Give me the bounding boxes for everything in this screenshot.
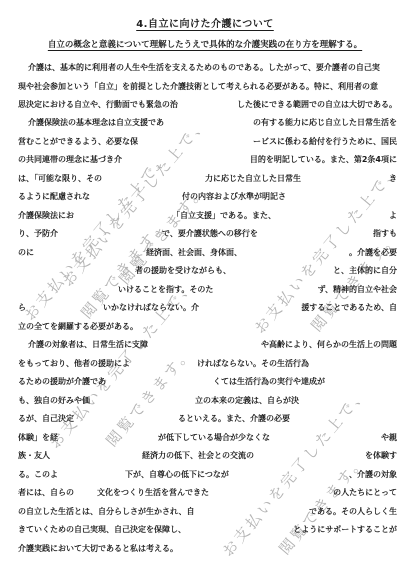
- text-line: 者には、自らの文化をつくり生活を営んできたの人たちにとって: [0, 487, 397, 499]
- text-fragment: きていくための自己実現、自己決定を保障し、: [18, 524, 186, 535]
- document-text-layer: 4.自立に向けた介護について 自立の概念と意義について理解したうえで具体的な介護…: [0, 0, 410, 580]
- text-line: 介護は、基本的に利用者の人生や生活を支えるためのものである。したがって、要介護者…: [0, 62, 397, 74]
- text-fragment: くては生活行為の実行や達成が: [213, 376, 325, 387]
- text-fragment: 下が、自尊心の低下につなが: [125, 469, 229, 480]
- text-fragment: 介護の対象者は、日常生活に支障: [28, 339, 148, 350]
- text-fragment: 現や社会参加という「自立」を前提とした介護技術として考えられる必要がある。特に、…: [18, 81, 378, 92]
- text-fragment: 族・友人: [18, 450, 50, 461]
- text-fragment: 介護実践において大切であると私は考える。: [18, 543, 178, 554]
- text-fragment: 者の援助を受けながらも、: [135, 265, 231, 276]
- text-line: 立の全てを網羅する必要がある。: [0, 321, 397, 333]
- text-fragment-right: 指すも: [373, 228, 397, 239]
- text-fragment: をもっており、他者の援助によ: [18, 358, 130, 369]
- text-fragment: の共同連帯の理念に基づき介: [18, 154, 122, 165]
- text-fragment: る。このよ: [18, 469, 58, 480]
- text-fragment: 介護は、基本的に利用者の人生や生活を支えるためのものである。したがって、要介護者…: [28, 62, 380, 73]
- text-fragment-right: の有する能力に応じ自立した日常生活を: [253, 117, 397, 128]
- text-fragment-right: とようにサポートすることが: [293, 524, 397, 535]
- text-fragment-right: した後にできる範囲での自立は大切である。: [237, 99, 397, 110]
- text-fragment: いかなければならない。介: [103, 302, 199, 313]
- text-fragment: るように配慮されな: [18, 191, 90, 202]
- text-line: の自立した生活とは、自分らしさが生かされ、自である。その人らしく生: [0, 506, 397, 518]
- text-fragment-right: き: [389, 173, 397, 184]
- text-fragment: 力に応じた自立した日常生: [205, 173, 301, 184]
- text-line: 介護実践において大切であると私は考える。: [0, 543, 397, 555]
- text-fragment-right: を体験す: [365, 450, 397, 461]
- text-line: 現や社会参加という「自立」を前提とした介護技術として考えられる必要がある。特に、…: [0, 81, 397, 93]
- text-fragment-right: ず、精神的自立や社会: [318, 284, 397, 295]
- text-fragment-right: 、介護の対象: [349, 469, 397, 480]
- text-line: も、独自の好みや価立の本来の定義は、自らが決: [0, 395, 397, 407]
- text-line: 介護の対象者は、日常生活に支障や高齢により、何らかの生活上の問題: [0, 339, 397, 351]
- text-fragment: 思決定における自立や、行動面でも緊急の治: [18, 99, 178, 110]
- text-line: り、予防介で、要介護状態への移行を指すも: [0, 228, 397, 240]
- text-fragment: 立の全てを網羅する必要がある。: [18, 321, 138, 332]
- text-fragment: 者には、自らの: [18, 487, 74, 498]
- text-line: 介護保険法の基本理念は自立支援であの有する能力に応じ自立した日常生活を: [0, 117, 397, 129]
- text-line: をもっており、他者の援助によければならない。その生活行為: [0, 358, 397, 370]
- text-line: きていくための自己実現、自己決定を保障し、とようにサポートすることが: [0, 524, 397, 536]
- text-fragment: は、「可能な限り、その: [18, 173, 102, 184]
- text-line: の共同連帯の理念に基づき介目的を明記している。また、第2条4項に: [0, 154, 397, 166]
- text-line: 体験」を経が低下している場合が少なくなや親: [0, 432, 397, 444]
- page-title: 4.自立に向けた介護について: [0, 15, 410, 30]
- text-fragment: 体験」を経: [18, 432, 58, 443]
- text-fragment: 経済面、社会面、身体面、: [146, 247, 242, 258]
- text-fragment-right: よ: [389, 210, 397, 221]
- page-subtitle: 自立の概念と意義について理解したうえで具体的な介護実践の在り方を理解する。: [0, 38, 410, 50]
- text-fragment: 介護保険法の基本理念は自立支援であ: [28, 117, 164, 128]
- text-fragment: るといえる。また、介護の必要: [178, 413, 290, 424]
- text-line: のに経済面、社会面、身体面、。介護を必要: [0, 247, 397, 259]
- text-line: いけることを指す。そのたず、精神的自立や社会: [0, 284, 397, 296]
- text-fragment: り、予防介: [18, 228, 58, 239]
- text-line: 思決定における自立や、行動面でも緊急の治した後にできる範囲での自立は大切である。: [0, 99, 397, 111]
- text-fragment: のに: [18, 247, 34, 258]
- text-fragment: 「自立支援」である。また、: [172, 210, 276, 221]
- text-fragment: も、独自の好みや価: [18, 395, 90, 406]
- text-line: るが、自己決定るといえる。また、介護の必要: [0, 413, 397, 425]
- document-page: お支払いを完了した上で、閲覧できます。お支払いを完了した上で、閲覧できます。お支…: [0, 0, 410, 580]
- text-fragment-right: や高齢により、何らかの生活上の問題: [261, 339, 397, 350]
- text-fragment: ら: [18, 302, 26, 313]
- text-fragment-right: 。介護を必要: [349, 247, 397, 258]
- text-fragment: の自立した生活とは、自分らしさが生かされ、自: [18, 506, 194, 517]
- text-line: 族・友人経済力の低下、社会との交流のを体験す: [0, 450, 397, 462]
- text-line: は、「可能な限り、その力に応じた自立した日常生き: [0, 173, 397, 185]
- text-fragment-right: や親: [381, 432, 397, 443]
- text-fragment: るための援助が介護であ: [18, 376, 106, 387]
- text-fragment: 介護保険法にお: [18, 210, 74, 221]
- text-fragment-right: ービスに係わる給付を行うために、国民: [253, 136, 397, 147]
- text-line: 営むことができるよう、必要な保ービスに係わる給付を行うために、国民: [0, 136, 397, 148]
- text-fragment-right: 目的を明記している。また、第2条4項に: [250, 154, 397, 165]
- text-fragment: で、要介護状態への移行を: [162, 228, 258, 239]
- text-fragment-right: の人たちにとって: [333, 487, 397, 498]
- text-line: るための援助が介護であくては生活行為の実行や達成が: [0, 376, 397, 388]
- text-line: るように配慮されな付の内容および水準が明記さ: [0, 191, 397, 203]
- text-fragment: いけることを指す。そのた: [118, 284, 213, 295]
- text-fragment: が低下している場合が少なくな: [158, 432, 270, 443]
- text-line: 者の援助を受けながらも、と、主体的に自分: [0, 265, 397, 277]
- text-fragment: るが、自己決定: [18, 413, 74, 424]
- text-fragment: ければならない。その生活行為: [197, 358, 309, 369]
- text-fragment: 経済力の低下、社会との交流の: [142, 450, 254, 461]
- text-fragment-right: 援することであるため、自: [301, 302, 397, 313]
- text-line: る。このよ下が、自尊心の低下につなが、介護の対象: [0, 469, 397, 481]
- text-fragment-right: と、主体的に自分: [333, 265, 397, 276]
- text-line: らいかなければならない。介援することであるため、自: [0, 302, 397, 314]
- text-fragment: 立の本来の定義は、自らが決: [195, 395, 299, 406]
- text-line: 介護保険法にお「自立支援」である。また、よ: [0, 210, 397, 222]
- text-fragment-right: である。その人らしく生: [309, 506, 397, 517]
- text-fragment: 付の内容および水準が明記さ: [182, 191, 286, 202]
- text-fragment: 文化をつくり生活を営んできた: [97, 487, 209, 498]
- text-fragment: 営むことができるよう、必要な保: [18, 136, 138, 147]
